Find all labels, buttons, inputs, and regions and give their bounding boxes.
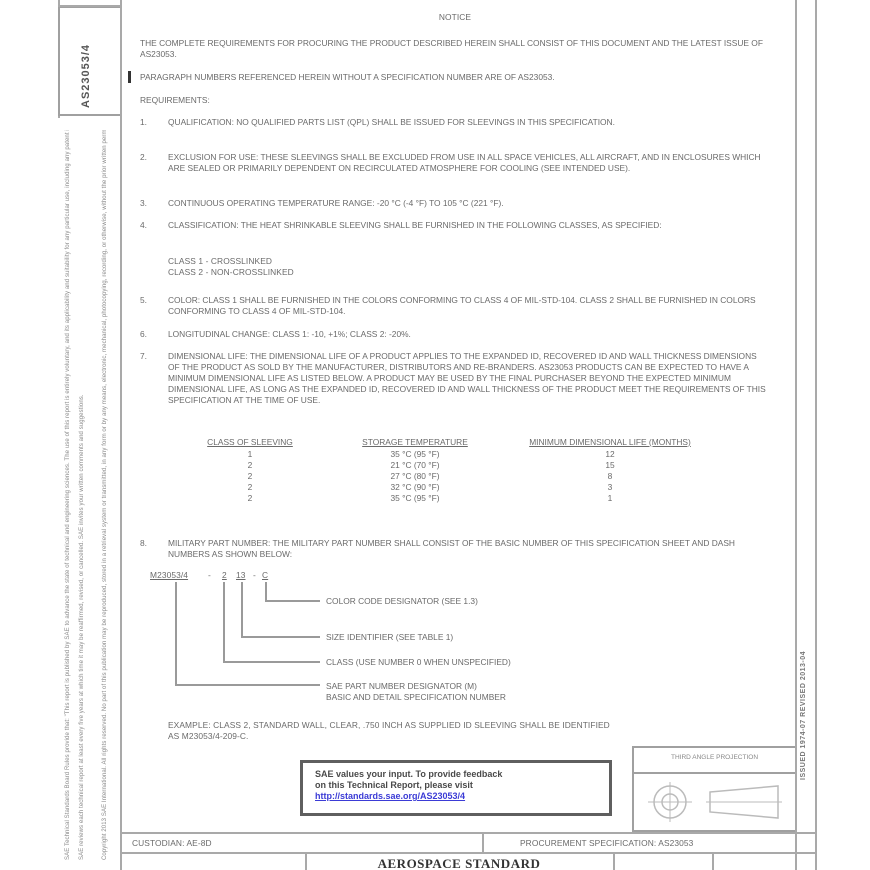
leader-base-h <box>175 684 320 686</box>
table-cell: 2 <box>180 493 320 504</box>
table-cell: 2 <box>180 471 320 482</box>
callout-class: CLASS (USE NUMBER 0 WHEN UNSPECIFIED) <box>326 657 511 668</box>
notice-heading: NOTICE <box>0 12 870 23</box>
feedback-line-1: SAE values your input. To provide feedba… <box>315 769 597 780</box>
table-header-temp: STORAGE TEMPERATURE <box>340 437 490 448</box>
table-header-class: CLASS OF SLEEVING <box>180 437 320 448</box>
footer-procurement: PROCUREMENT SPECIFICATION: AS23053 <box>520 838 693 849</box>
table-cell: 2 <box>180 482 320 493</box>
requirement-3: 3. CONTINUOUS OPERATING TEMPERATURE RANG… <box>140 198 770 209</box>
change-bar <box>128 71 131 83</box>
footer-title: AEROSPACE STANDARD <box>305 856 613 870</box>
left-border-line <box>120 0 122 870</box>
footer-divider-3 <box>613 852 615 870</box>
requirement-5: 5. COLOR: CLASS 1 SHALL BE FURNISHED IN … <box>140 295 770 317</box>
sidebar-top-rule <box>58 5 120 7</box>
table-cell: 35 °C (95 °F) <box>340 493 490 504</box>
feedback-line-2: on this Technical Report, please visit <box>315 780 597 791</box>
class-1-label: CLASS 1 - CROSSLINKED <box>168 256 272 267</box>
table-cell: 35 °C (95 °F) <box>340 449 490 460</box>
projection-divider <box>634 772 795 774</box>
right-border-line-inner <box>795 0 797 870</box>
projection-box: THIRD ANGLE PROJECTION <box>632 746 795 832</box>
footer-divider-1 <box>482 832 484 852</box>
leader-color-h <box>265 600 320 602</box>
requirement-6: 6. LONGITUDINAL CHANGE: CLASS 1: -10, +1… <box>140 329 770 340</box>
footer-mid-rule <box>120 852 815 854</box>
table-cell: 15 <box>495 460 725 471</box>
example-line-2: AS M23053/4-209-C. <box>168 731 248 742</box>
leader-size-h <box>241 636 320 638</box>
footer-top-rule <box>120 832 815 834</box>
leader-class-h <box>223 661 320 663</box>
requirement-2: 2. EXCLUSION FOR USE: THESE SLEEVINGS SH… <box>140 152 770 174</box>
table-cell: 21 °C (70 °F) <box>340 460 490 471</box>
leader-class-v <box>223 582 225 662</box>
legal-text-1: SAE Technical Standards Board Rules prov… <box>63 130 74 860</box>
part-number-dash-2: - <box>253 570 256 581</box>
doc-id-text: AS23053/4 <box>80 44 92 108</box>
table-cell: 12 <box>495 449 725 460</box>
third-angle-projection-icon <box>640 778 790 828</box>
table-cell: 27 °C (80 °F) <box>340 471 490 482</box>
notice-paragraph-2: PARAGRAPH NUMBERS REFERENCED HEREIN WITH… <box>140 72 770 83</box>
requirement-1: 1. QUALIFICATION: NO QUALIFIED PARTS LIS… <box>140 117 770 128</box>
table-cell: 2 <box>180 460 320 471</box>
requirement-4: 4. CLASSIFICATION: THE HEAT SHRINKABLE S… <box>140 220 770 231</box>
callout-color: COLOR CODE DESIGNATOR (SEE 1.3) <box>326 596 478 607</box>
projection-label: THIRD ANGLE PROJECTION <box>634 754 795 761</box>
table-cell: 1 <box>495 493 725 504</box>
table-cell: 3 <box>495 482 725 493</box>
feedback-link[interactable]: http://standards.sae.org/AS23053/4 <box>315 791 465 801</box>
feedback-box: SAE values your input. To provide feedba… <box>300 760 612 816</box>
legal-text-3: Copyright 2013 SAE International. All ri… <box>100 130 111 860</box>
leader-color-v <box>265 582 267 601</box>
table-cell: 8 <box>495 471 725 482</box>
leader-size-v <box>241 582 243 637</box>
part-number-size: 13 <box>236 570 246 581</box>
part-number-class: 2 <box>222 570 227 581</box>
requirements-heading: REQUIREMENTS: <box>140 95 770 106</box>
part-number-dash-1: - <box>208 570 211 581</box>
part-number-base: M23053/4 <box>150 570 188 581</box>
callout-designator: SAE PART NUMBER DESIGNATOR (M) <box>326 681 477 692</box>
legal-text-2: SAE reviews each technical report at lea… <box>77 130 88 860</box>
part-number-color: C <box>262 570 268 581</box>
example-line-1: EXAMPLE: CLASS 2, STANDARD WALL, CLEAR, … <box>168 720 610 731</box>
table-header-life: MINIMUM DIMENSIONAL LIFE (MONTHS) <box>495 437 725 448</box>
leader-base-v <box>175 582 177 685</box>
notice-paragraph-1: THE COMPLETE REQUIREMENTS FOR PROCURING … <box>140 38 770 60</box>
table-cell: 1 <box>180 449 320 460</box>
requirement-7: 7. DIMENSIONAL LIFE: THE DIMENSIONAL LIF… <box>140 351 770 406</box>
footer-custodian: CUSTODIAN: AE-8D <box>132 838 212 849</box>
requirement-8: 8. MILITARY PART NUMBER: THE MILITARY PA… <box>140 538 770 560</box>
footer-divider-4 <box>712 852 714 870</box>
callout-size: SIZE IDENTIFIER (SEE TABLE 1) <box>326 632 453 643</box>
table-cell: 32 °C (90 °F) <box>340 482 490 493</box>
right-border-line-outer <box>815 0 817 870</box>
issue-revision-text: ISSUED 1974-07 REVISED 2013-04 <box>800 651 807 780</box>
class-2-label: CLASS 2 - NON-CROSSLINKED <box>168 267 294 278</box>
callout-spec-number: BASIC AND DETAIL SPECIFICATION NUMBER <box>326 692 506 703</box>
